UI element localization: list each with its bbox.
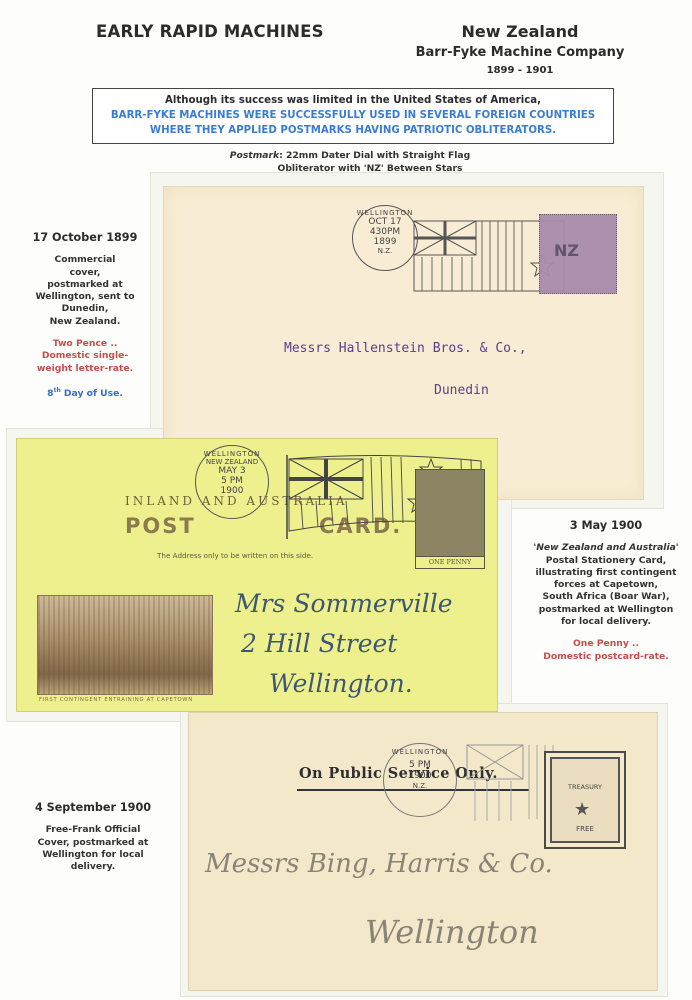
free-frank-stamp: TREASURY ★ FREE — [544, 751, 626, 849]
item-1-desc-line: Commercial — [10, 254, 160, 266]
item-1-desc-line: Dunedin, — [10, 303, 160, 315]
day-of-use-text: Day of Use. — [61, 388, 123, 399]
item-2-caption: 3 May 1900 'New Zealand and Australia' P… — [520, 520, 692, 663]
cancel-year: 1900 — [384, 771, 456, 782]
cover-1-address-line-2: Dunedin — [434, 383, 489, 398]
company-heading: Barr-Fyke Machine Company — [400, 45, 640, 60]
item-1-caption: 17 October 1899 Commercial cover, postma… — [10, 232, 160, 400]
rate-line: weight letter-rate. — [10, 363, 160, 375]
card-address-note: The Address only to be written on this s… — [157, 551, 313, 560]
cds-postmark-2: WELLINGTON NEW ZEALAND MAY 3 5 PM 1900 — [195, 445, 269, 519]
item-1-date: 17 October 1899 — [10, 232, 160, 244]
page-title: EARLY RAPID MACHINES — [96, 22, 324, 41]
cancel-country: N.Z. — [384, 782, 456, 790]
item-1-desc-line: cover, — [10, 267, 160, 279]
cover-3-address-line-1: Messrs Bing, Harris & Co. — [205, 849, 553, 879]
postmark-label: Postmark — [230, 150, 279, 161]
flag-nz-text: NZ — [554, 241, 579, 260]
item-3-desc-line: Cover, postmarked at — [8, 837, 178, 849]
cancel-town: WELLINGTON — [384, 748, 456, 756]
one-penny-stamp: ONE PENNY — [415, 469, 485, 569]
cancel-year: 1899 — [353, 237, 417, 247]
item-1-desc-line: Wellington, sent to — [10, 291, 160, 303]
card-address-line-3: Wellington. — [269, 669, 413, 698]
item-2-desc-line: illustrating first contingent — [520, 567, 692, 579]
card-address-line-2: 2 Hill Street — [241, 629, 397, 658]
item-2-desc-line: 'New Zealand and Australia' — [520, 542, 692, 554]
stamp-treasury-text: TREASURY — [546, 783, 624, 791]
card-post-word: POST — [125, 514, 196, 538]
ordinal-suffix: th — [54, 387, 61, 394]
cover-3-address-line-2: Wellington — [365, 913, 539, 951]
cancel-country: N.Z. — [353, 247, 417, 255]
rate-line: One Penny .. — [520, 638, 692, 650]
item-1-rate: Two Pence .. Domestic single- weight let… — [10, 338, 160, 375]
item-2-desc-line: forces at Capetown, — [520, 579, 692, 591]
cds-postmark-1: WELLINGTON OCT 17 430PM 1899 N.Z. — [352, 205, 418, 271]
item-1-desc-line: postmarked at — [10, 279, 160, 291]
stamp-label: ONE PENNY — [416, 556, 484, 568]
cancel-town: WELLINGTON — [196, 450, 268, 458]
rate-line: Domestic single- — [10, 350, 160, 362]
item-2-desc-line: South Africa (Boar War), — [520, 591, 692, 603]
cancel-date: OCT 17 — [353, 217, 417, 227]
cds-postmark-3: WELLINGTON 5 PM 1900 N.Z. — [383, 743, 457, 817]
cancel-year: 1900 — [196, 486, 268, 496]
item-2-desc-line: Postal Stationery Card, — [520, 555, 692, 567]
item-2-desc-line: postmarked at Wellington — [520, 604, 692, 616]
banner-line-3: WHERE THEY APPLIED POSTMARKS HAVING PATR… — [93, 123, 613, 138]
rate-line: Domestic postcard-rate. — [520, 651, 692, 663]
contingent-photo — [37, 595, 213, 695]
item-2-rate: One Penny .. Domestic postcard-rate. — [520, 638, 692, 663]
country-heading: New Zealand — [400, 22, 640, 41]
star-icon: ★ — [574, 799, 590, 820]
cancel-date: MAY 3 — [196, 466, 268, 476]
item-3-caption: 4 September 1900 Free-Frank Official Cov… — [8, 802, 178, 873]
postmark-line-1: : 22mm Dater Dial with Straight Flag — [279, 150, 470, 161]
item-1-desc-line: New Zealand. — [10, 316, 160, 328]
banner-line-1: Although its success was limited in the … — [93, 93, 613, 108]
item-2-desc-line: for local delivery. — [520, 616, 692, 628]
two-pence-stamp: NZ — [539, 214, 617, 294]
page-subtitle-block: New Zealand Barr-Fyke Machine Company 18… — [400, 22, 640, 76]
item-3-desc-line: Free-Frank Official — [8, 824, 178, 836]
item-3-desc-line: delivery. — [8, 861, 178, 873]
item-2-date: 3 May 1900 — [520, 520, 692, 532]
cancel-town: WELLINGTON — [353, 209, 417, 217]
years-heading: 1899 - 1901 — [400, 65, 640, 76]
card-address-line-1: Mrs Sommerville — [235, 589, 453, 618]
item-3-desc-line: Wellington for local — [8, 849, 178, 861]
cover-1-address-line-1: Messrs Hallenstein Bros. & Co., — [284, 341, 527, 356]
photo-caption: FIRST CONTINGENT ENTRAINING AT CAPETOWN — [39, 697, 193, 703]
stamp-free-text: FREE — [546, 825, 624, 833]
flag-obliterator-icon — [465, 741, 555, 823]
official-cover-envelope: On Public Service Only. WELLINGTON 5 PM … — [188, 712, 658, 991]
banner-line-2: BARR-FYKE MACHINES WERE SUCCESSFULLY USE… — [93, 108, 613, 123]
cancel-time: 5 PM — [196, 476, 268, 486]
cancel-time: 5 PM — [384, 760, 456, 771]
cancel-overprint: NEW ZEALAND — [196, 458, 268, 466]
rate-line: Two Pence .. — [10, 338, 160, 350]
intro-banner: Although its success was limited in the … — [92, 88, 614, 144]
item-3-date: 4 September 1900 — [8, 802, 178, 814]
item-1-day-of-use: 8th Day of Use. — [10, 385, 160, 400]
postal-stationery-card: INLAND AND AUSTRALIA POST CARD. The Addr… — [16, 438, 498, 712]
cancel-time: 430PM — [353, 227, 417, 237]
